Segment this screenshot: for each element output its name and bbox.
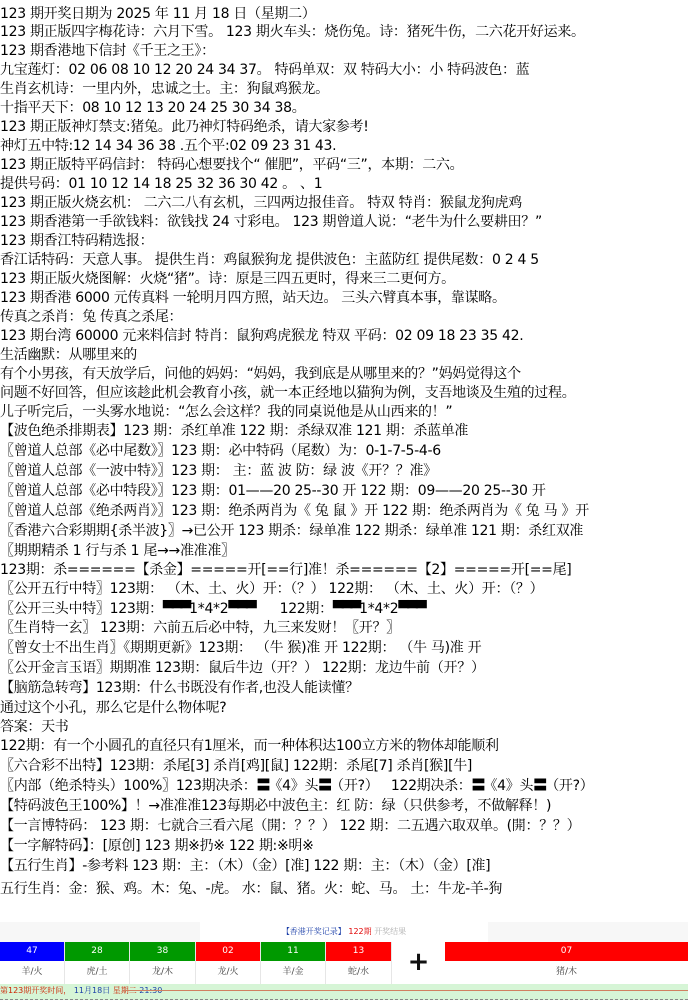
three-heads-gap: 122期： [255, 601, 333, 617]
doc-line-five-elements: 〖公开五行中特〗123期： （木、土、火）开：（？） 122期： （木、土、火）… [0, 578, 543, 600]
special-ball: 07 猪/木 [445, 942, 688, 984]
ball-number: 28 [65, 942, 129, 961]
doc-line-golden-words: 〖公开金言玉语〗期期准 123期：鼠后牛边（开？） 122期：龙边牛前（开？） [0, 657, 485, 679]
ball-zodiac: 虎/土 [65, 961, 129, 984]
ball-zodiac: 龙/木 [130, 961, 195, 984]
doc-line-riddle-122: 122期：有一个小圆孔的直径只有1厘米，而一种体积达100立方米的物体却能顺利 [0, 735, 499, 757]
special-ball-number: 07 [445, 942, 688, 961]
three-heads-block-2: ▀▀▀ [228, 601, 254, 617]
three-heads-block-1: ▀▀▀ [163, 601, 189, 617]
results-label: 开奖结果 [374, 927, 406, 936]
next-draw-prefix: 第123期开奖时间， [0, 986, 71, 995]
ball-number: 47 [0, 942, 64, 961]
doc-line-five-zodiac: 【五行生肖】-参考料 123 期：主：（木）（金）[准] 122 期：主：（木）… [0, 855, 490, 877]
three-heads-prefix: 〖公开三头中特〗123期： [0, 601, 163, 617]
doc-line-kill-head: 〖内部（绝杀特头）100%〗123期决杀：〓《4》头〓（开?） 122期决杀：〓… [0, 775, 593, 797]
ball-number: 38 [130, 942, 195, 961]
lottery-document: 123 期开奖日期为 2025 年 11 月 18 日（星期二） 123 期正版… [0, 0, 688, 922]
kill-head-block-4: 〓 [533, 778, 545, 794]
ball-zodiac: 龙/火 [196, 961, 260, 984]
plus-icon: + [392, 942, 445, 984]
doc-line-ms-zeng: 〖曾女士不出生肖〗《期期更新》123期： （牛 猴)准 开 122期： （牛 马… [0, 637, 481, 659]
kill-head-mid-2: 《4》头 [483, 778, 533, 794]
doc-line-wave-king: 【特码波色王100%】！→准准准123每期必中波色主：红 防：绿（只供参考，不做… [0, 795, 551, 817]
doc-line-one-wave: 〖曾道人总部《一波中特》〗123 期： 主：蓝 波 防：绿 波《开？？准》 [0, 460, 437, 482]
kill-head-block-3: 〓 [471, 778, 483, 794]
results-issue: 122期 [348, 927, 371, 936]
ball-number: 13 [326, 942, 391, 961]
ball-5: 11 羊/金 [261, 942, 326, 984]
ball-zodiac: 羊/火 [0, 961, 64, 984]
doc-line-riddle: 【脑筋急转弯】123期：什么书既没有作者,也没人能读懂？ [0, 677, 359, 699]
ball-zodiac: 羊/金 [261, 961, 325, 984]
kill-head-gap: （开?） 122期决杀： [330, 778, 471, 794]
results-header: 【香港开奖记录】 122期 开奖结果 [200, 922, 488, 942]
doc-line-kill-two-zodiac: 〖曾道人总部《绝杀两肖》〗123 期：绝杀两肖为《 兔 鼠 》开 122 期：绝… [0, 500, 589, 522]
results-brand-link[interactable]: 【香港开奖记录】 [282, 927, 346, 936]
ball-4: 02 龙/火 [196, 942, 261, 984]
doc-line-no-special: 〖六合彩不出特】123期：杀尾[3] 杀肖[鸡][鼠] 122期：杀尾[7] 杀… [0, 755, 472, 777]
kill-head-mid: 《4》头 [268, 778, 318, 794]
doc-line-half-wave: 〖香港六合彩期期{杀半波}〗→已公开 123 期杀：绿单准 122 期杀：绿单准… [0, 520, 583, 542]
doc-line-one-word: 【一言博特码： 123 期：七就合三看六尾（開：？？） 122 期：二五遇六取双… [0, 815, 580, 837]
three-heads-code-2: 1*4*2 [359, 601, 398, 617]
three-heads-code: 1*4*2 [189, 601, 228, 617]
ball-number: 02 [196, 942, 260, 961]
ball-3: 38 龙/木 [130, 942, 196, 984]
ball-2: 28 虎/土 [65, 942, 130, 984]
ball-number: 11 [261, 942, 325, 961]
ball-6: 13 蛇/水 [326, 942, 392, 984]
doc-line-element-map: 五行生肖：金：猴、鸡。木：兔、-虎。 水：鼠、猪。火：蛇、马。 土：牛龙-羊-狗 [0, 878, 502, 900]
status-divider [122, 990, 688, 991]
three-heads-block-4: ▀▀▀ [398, 601, 424, 617]
ball-1: 47 羊/火 [0, 942, 65, 984]
kill-head-block-1: 〓 [256, 778, 268, 794]
kill-head-prefix: 〖内部（绝杀特头）100%〗123期决杀： [0, 778, 256, 794]
next-draw-date: 11月18日 [74, 986, 110, 995]
doc-line-one-char: 【一字解特码】：[原创] 123 期※扔※ 122 期:※明※ [0, 835, 314, 857]
doc-line-zodiac-mystery: 〖生肖特一玄〗 123期：六前五后必中特，九三来发财！〖开？〗 [0, 617, 400, 639]
doc-line-segment: 〖曾道人总部《必中特段》〗123 期：01——20 25--30 开 122 期… [0, 480, 546, 502]
next-draw-status-bar: 第123期开奖时间， 11月18日 星期二 21:30 [0, 984, 688, 1000]
kill-head-tail: （开?） [545, 778, 593, 794]
ball-zodiac: 蛇/水 [326, 961, 391, 984]
special-ball-zodiac: 猪/木 [445, 961, 688, 984]
kill-head-block-2: 〓 [318, 778, 330, 794]
doc-line-wave-kill-table: 【波色绝杀排期表】123 期：杀红单准 122 期：杀绿双准 121 期：杀蓝单… [0, 420, 468, 442]
three-heads-block-3: ▀▀▀ [333, 601, 359, 617]
doc-line-tail-numbers: 〖曾道人总部《必中尾数》〗123 期：必中特码（尾数）为：0-1-7-5-4-6 [0, 440, 441, 462]
